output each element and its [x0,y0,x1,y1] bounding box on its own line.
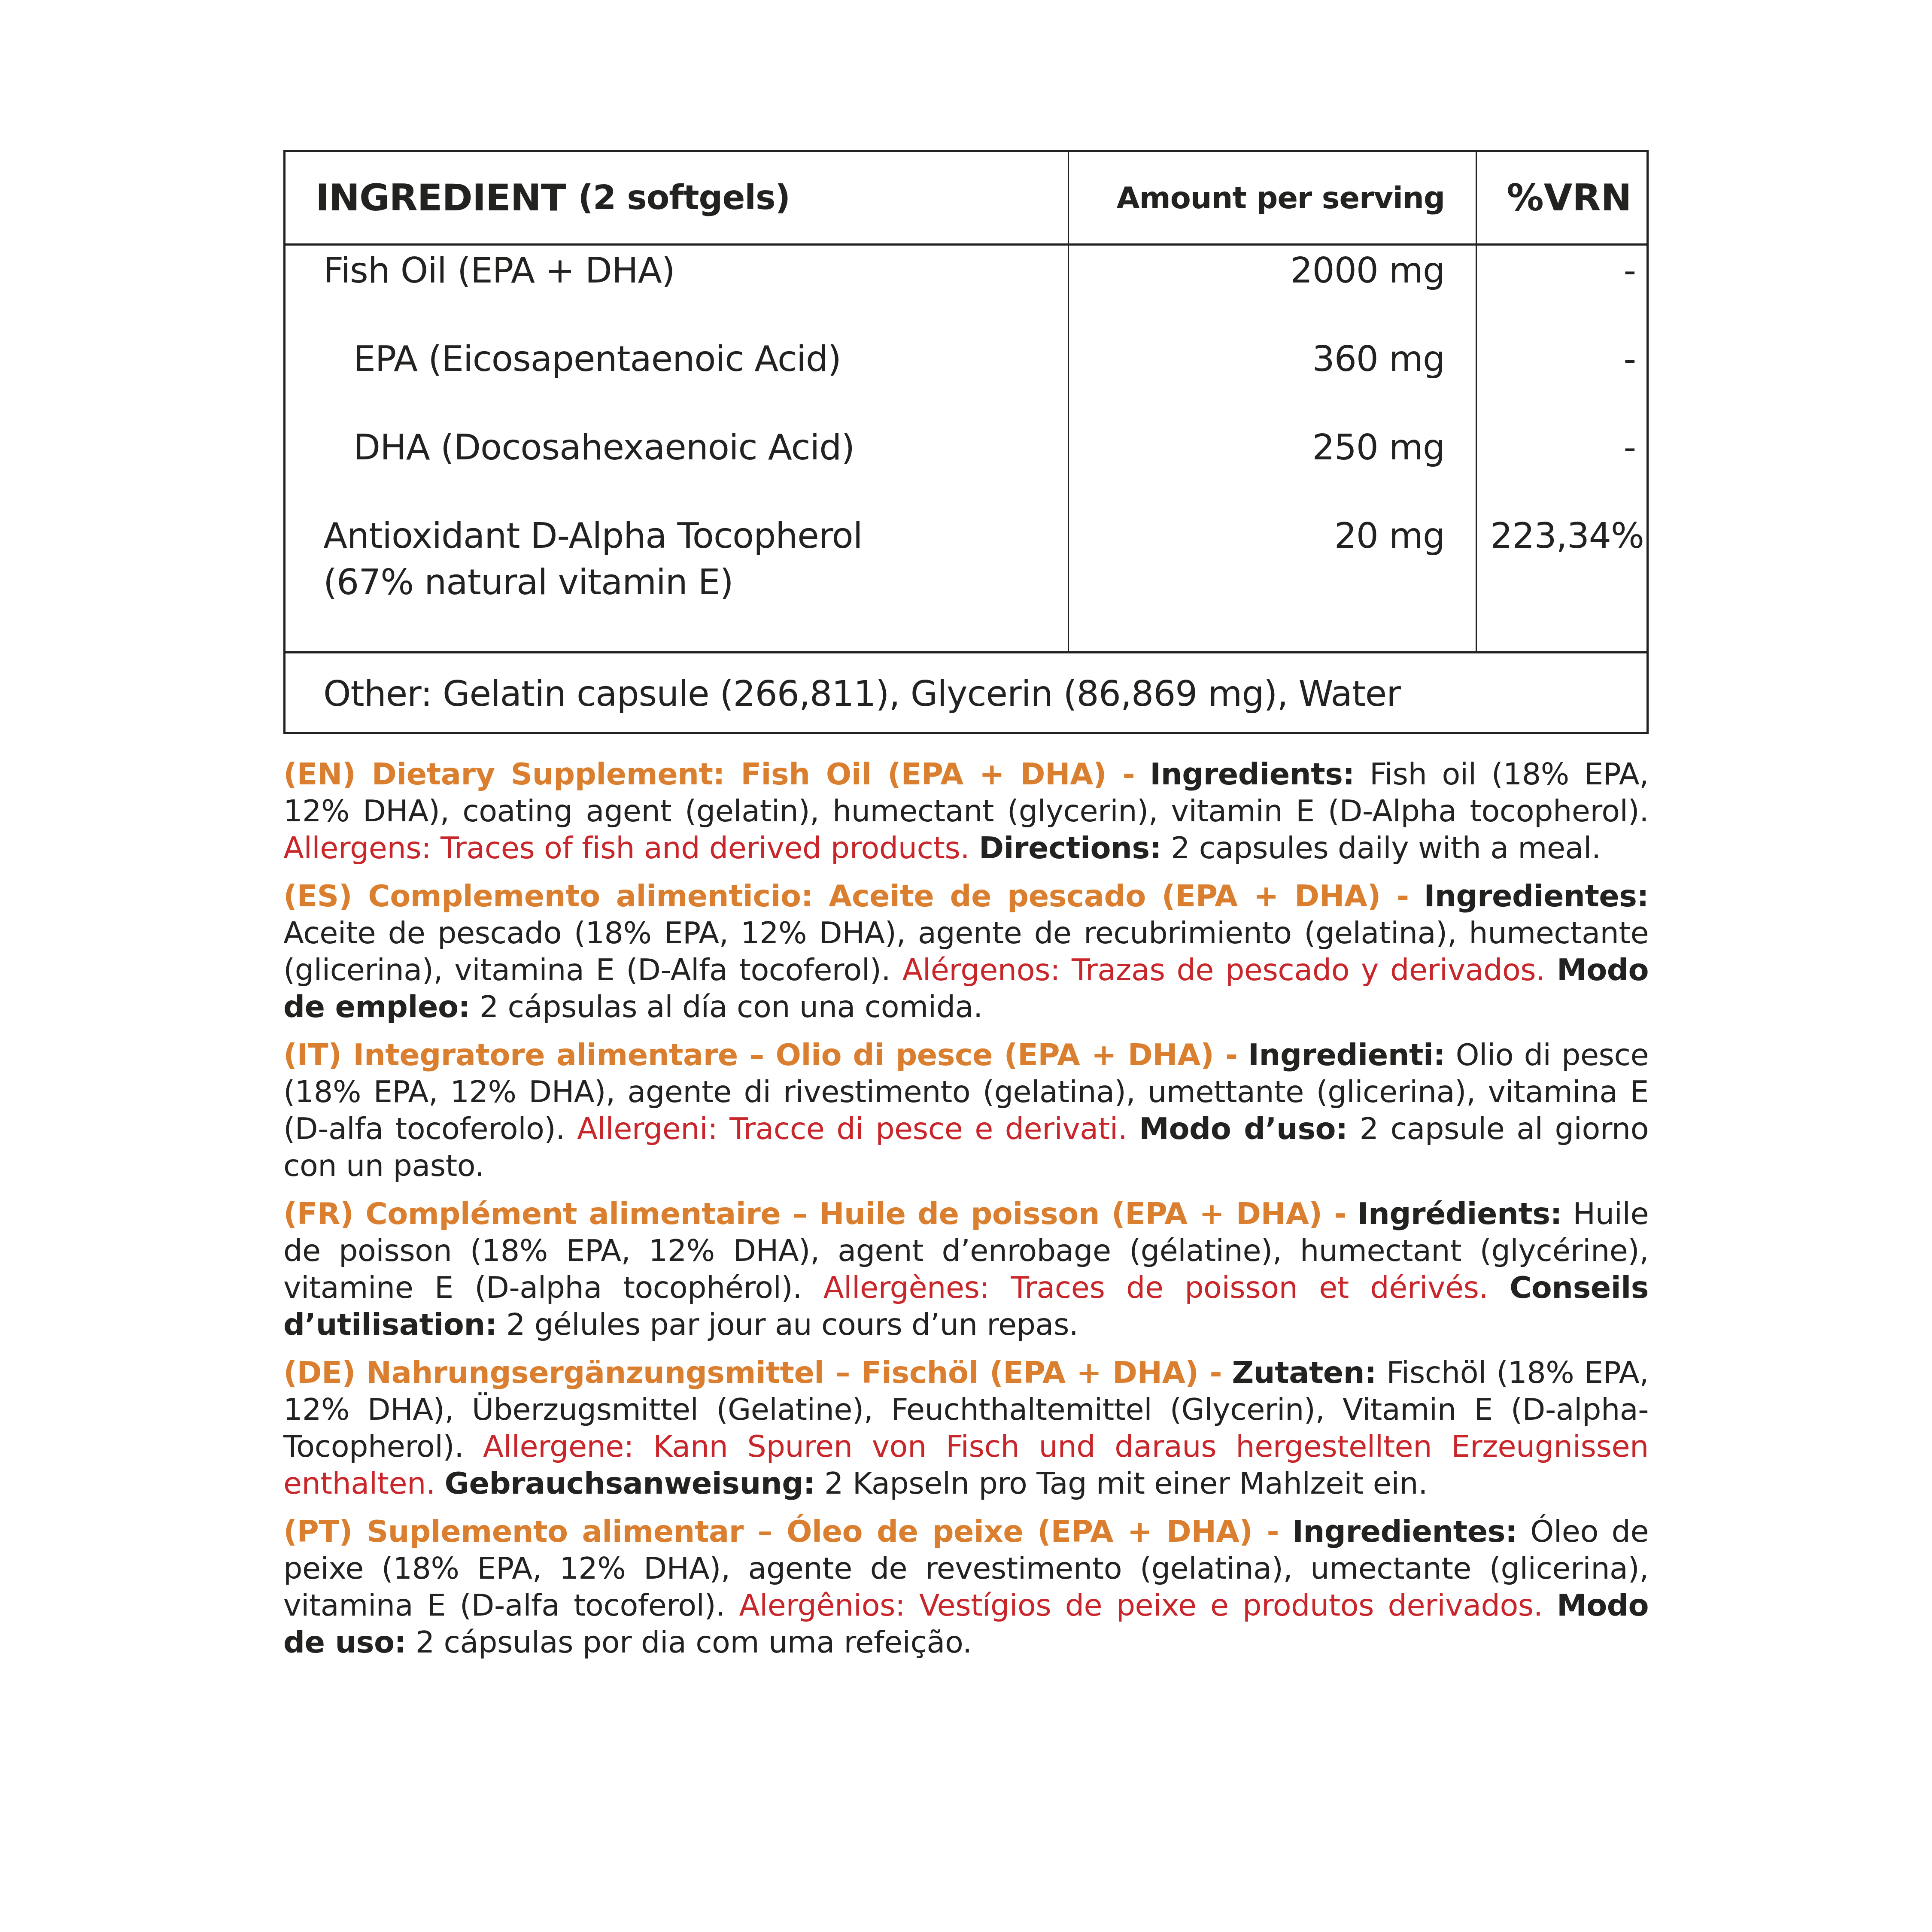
allergens-text: Alergênios: Vestígios de peixe e produto… [739,1588,1543,1623]
header-ingredient-label: INGREDIENT [316,176,565,219]
ingredient-name: EPA (Eicosapentaenoic Acid) [353,336,841,383]
ingredients-label: Ingredientes: [1424,878,1649,914]
header-vrn: %VRN [1477,152,1649,243]
header-divider [286,243,1646,246]
directions-label: Gebrauchsanweisung: [444,1466,815,1501]
directions-label: Modo d’uso: [1139,1111,1347,1146]
directions-label: Directions: [979,830,1161,866]
paragraph-title: (EN) Dietary Supplement: Fish Oil (EPA +… [283,756,1135,792]
allergens-text: Alérgenos: Trazas de pescado y derivados… [902,952,1545,987]
allergens-text: Allergens: Traces of fish and derived pr… [283,830,969,866]
ingredient-name-line1: Antioxidant D-Alpha Tocopherol [323,513,863,559]
header-serving-note: (2 softgels) [578,179,790,217]
paragraph-title: (DE) Nahrungsergänzungsmittel – Fischöl … [283,1355,1222,1390]
paragraph-title: (ES) Complemento alimenticio: Aceite de … [283,878,1409,914]
other-ingredients: Other: Gelatin capsule (266,811), Glycer… [323,653,1400,734]
ingredient-vrn: - [1477,248,1636,294]
ingredients-label: Zutaten: [1232,1355,1376,1390]
directions-text: 2 cápsulas por dia com uma refeição. [416,1625,972,1660]
directions-text: 2 capsules daily with a meal. [1171,830,1601,866]
ingredient-vrn: - [1477,336,1636,383]
directions-text: 2 gélules par jour au cours d’un repas. [506,1307,1078,1342]
label-paragraph-fr: (FR) Complément alimentaire – Huile de p… [283,1195,1649,1343]
allergens-text: Allergeni: Tracce di pesce e derivati. [577,1111,1127,1146]
table-row: Antioxidant D-Alpha Tocopherol (67% natu… [286,513,1646,642]
ingredients-label: Ingredienti: [1248,1037,1445,1072]
ingredients-label: Ingredients: [1150,756,1355,792]
table-row: DHA (Docosahexaenoic Acid) 250 mg - [286,425,1646,513]
ingredients-label: Ingredientes: [1292,1514,1517,1549]
allergens-text: Allergènes: Traces de poisson et dérivés… [823,1270,1488,1305]
label-paragraph-pt: (PT) Suplemento alimentar – Óleo de peix… [283,1513,1649,1661]
label-paragraph-it: (IT) Integratore alimentare – Olio di pe… [283,1036,1649,1184]
header-amount: Amount per serving [1069,152,1475,243]
ingredient-amount: 2000 mg [1069,248,1445,294]
label-paragraph-es: (ES) Complemento alimenticio: Aceite de … [283,878,1649,1025]
multilingual-label-text: (EN) Dietary Supplement: Fish Oil (EPA +… [283,756,1649,1672]
ingredients-label: Ingrédients: [1358,1196,1562,1231]
paragraph-title: (IT) Integratore alimentare – Olio di pe… [283,1037,1238,1072]
ingredient-name-line2: (67% natural vitamin E) [323,559,863,606]
paragraph-title: (FR) Complément alimentaire – Huile de p… [283,1196,1346,1231]
paragraph-title: (PT) Suplemento alimentar – Óleo de peix… [283,1514,1279,1549]
header-ingredient: INGREDIENT (2 softgels) [316,152,1063,243]
ingredient-name: Antioxidant D-Alpha Tocopherol (67% natu… [323,513,863,606]
ingredient-amount: 20 mg [1069,513,1445,559]
ingredient-name: DHA (Docosahexaenoic Acid) [353,425,854,471]
ingredient-amount: 250 mg [1069,425,1445,471]
label-paragraph-en: (EN) Dietary Supplement: Fish Oil (EPA +… [283,756,1649,866]
ingredient-vrn: 223,34% [1477,513,1657,559]
table-row: Fish Oil (EPA + DHA) 2000 mg - [286,248,1646,336]
label-paragraph-de: (DE) Nahrungsergänzungsmittel – Fischöl … [283,1354,1649,1502]
supplement-facts-table: INGREDIENT (2 softgels) Amount per servi… [283,150,1649,734]
ingredient-amount: 360 mg [1069,336,1445,383]
directions-text: 2 cápsulas al día con una comida. [480,989,983,1024]
ingredient-vrn: - [1477,425,1636,471]
table-row: EPA (Eicosapentaenoic Acid) 360 mg - [286,336,1646,425]
ingredient-name: Fish Oil (EPA + DHA) [323,248,675,294]
directions-text: 2 Kapseln pro Tag mit einer Mahlzeit ein… [824,1466,1428,1501]
